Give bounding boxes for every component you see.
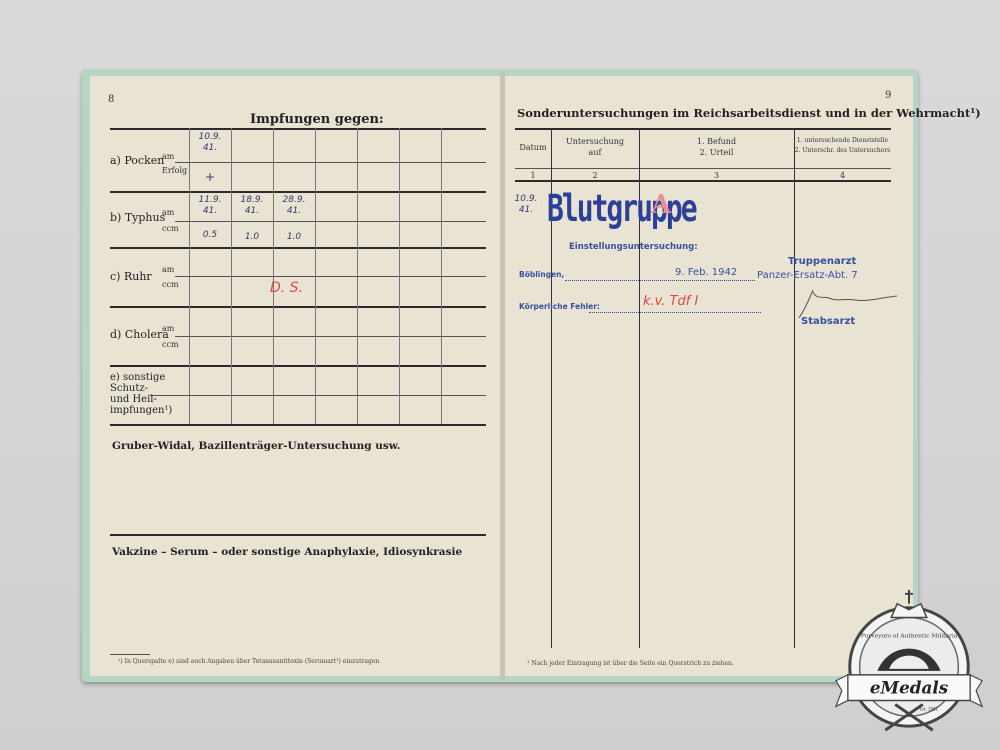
stamp-unit-line1: Truppenarzt xyxy=(788,256,856,267)
stamp-exam: Einstellungsuntersuchung: xyxy=(569,242,698,252)
stamp-defects-label: Körperliche Fehler: xyxy=(519,302,600,311)
row-label-typhus: b) Typhus xyxy=(110,211,165,224)
handwritten-date: 10.9. 41. xyxy=(192,132,228,154)
row-label-sonstige: e) sonstige Schutz- und Heil-impfungen¹) xyxy=(110,372,170,416)
row-label-pocken: a) Pocken xyxy=(110,154,164,167)
page-number: 9 xyxy=(885,90,891,101)
stamp-place: Böblingen, xyxy=(519,270,564,279)
column-header-untersuchung: Untersuchung auf xyxy=(551,136,639,158)
emedals-watermark-logo: eMedals Purveyors of Authentic Militaria… xyxy=(830,582,988,740)
red-handwritten-mark: D. S. xyxy=(270,280,303,296)
section-gruber-widal: Gruber-Widal, Bazillenträger-Untersuchun… xyxy=(112,440,400,452)
stamp-unit-line2: Panzer-Ersatz-Abt. 7 xyxy=(757,270,858,281)
svg-text:Purveyors of Authentic Militar: Purveyors of Authentic Militaria xyxy=(861,633,958,639)
logo-brand-text: eMedals xyxy=(870,678,949,698)
column-header-dienststelle: 1. untersuchende Dienststelle 2. Untersc… xyxy=(794,136,891,156)
footnote: ¹) In Querspalte e) sind auch Angaben üb… xyxy=(118,658,379,665)
stamp-blood-type: A xyxy=(651,190,671,220)
stamp-date: 9. Feb. 1942 xyxy=(675,267,737,278)
footnote: ¹ Nach jeder Eintragung ist über die Sei… xyxy=(527,660,734,667)
handwritten-result: + xyxy=(192,172,228,183)
page-number: 8 xyxy=(108,94,114,105)
row-label-ruhr: c) Ruhr xyxy=(110,270,152,283)
stamp-rank: Stabsarzt xyxy=(801,316,855,327)
stamp-blutgruppe: Blutgruppe xyxy=(547,186,696,231)
column-header-befund: 1. Befund 2. Urteil xyxy=(639,136,794,158)
page-title: Impfungen gegen: xyxy=(250,112,384,127)
svg-text:Est. 1981: Est. 1981 xyxy=(919,706,938,711)
handwritten-date: 10.9. 41. xyxy=(511,194,541,216)
section-vakzine: Vakzine – Serum – oder sonstige Anaphyla… xyxy=(112,546,462,558)
left-page: 8 Impfungen gegen: a) Pocken am Erfolg b… xyxy=(90,76,500,676)
column-header-datum: Datum xyxy=(515,142,551,153)
handwritten-result-red: k.v. Tdf I xyxy=(643,294,698,309)
row-label-cholera: d) Cholera xyxy=(110,328,169,341)
page-title: Sonderuntersuchungen im Reichsarbeitsdie… xyxy=(517,106,981,120)
